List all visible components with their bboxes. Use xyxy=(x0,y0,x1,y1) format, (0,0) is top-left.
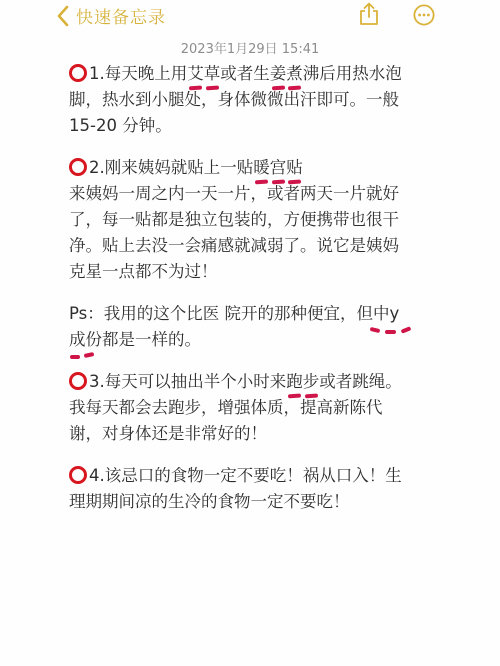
text-line: 来姨妈一周之内一天一片，或者两天一片就好 xyxy=(69,181,441,207)
highlight-mark: 姜 xyxy=(270,61,287,87)
text-line: 我每天都会去跑步，增强体质，提高新陈代 xyxy=(69,395,441,421)
red-circle-icon xyxy=(69,158,87,176)
highlight-mark: 煮 xyxy=(286,61,303,87)
note-body[interactable]: 1.每天晚上用艾草或者生姜煮沸后用热水泡 脚，热水到小腿处，身体微微出汗即可。一… xyxy=(69,61,441,531)
paragraph-3: 3.每天可以抽出半个小时来跑步或者跳绳。 我每天都会去跑步，增强体质，提高新陈代… xyxy=(69,369,441,447)
back-label: 快速备忘录 xyxy=(76,3,166,28)
highlight-dash xyxy=(84,352,95,358)
text-line: 了，每一贴都是独立包装的，方便携带也很干 xyxy=(69,207,441,233)
text-line: 1.每天晚上用艾草或者生姜煮沸后用热水泡 xyxy=(69,61,441,87)
red-circle-icon xyxy=(69,372,87,390)
chevron-left-icon xyxy=(56,5,70,27)
text-line: 脚，热水到小腿处，身体微微出汗即可。一般 xyxy=(69,87,441,113)
note-timestamp: 2023年1月29日 15:41 xyxy=(0,38,500,57)
highlight-mark: 宫 xyxy=(270,155,287,181)
highlight-mark: 草 xyxy=(204,61,221,87)
text-line: 3.每天可以抽出半个小时来跑步或者跳绳。 xyxy=(69,369,441,395)
text-line: 4.该忌口的食物一定不要吃！祸从口入！生 xyxy=(69,463,441,489)
text-line: 2.刚来姨妈就贴上一贴暖宫贴 xyxy=(69,155,441,181)
red-circle-icon xyxy=(69,64,87,82)
highlight-mark: 贴 xyxy=(286,155,303,181)
paragraph-1: 1.每天晚上用艾草或者生姜煮沸后用热水泡 脚，热水到小腿处，身体微微出汗即可。一… xyxy=(69,61,441,139)
paragraph-4: 4.该忌口的食物一定不要吃！祸从口入！生 理期期间凉的生冷的食物一定不要吃！ xyxy=(69,463,441,515)
highlight-dash xyxy=(70,355,80,359)
highlight-mark: 艾 xyxy=(187,61,204,87)
text-line: 理期期间凉的生冷的食物一定不要吃！ xyxy=(69,489,441,515)
text-line: 净。贴上去没一会痛感就减弱了。说它是姨妈 xyxy=(69,233,441,259)
share-icon[interactable] xyxy=(358,2,380,26)
highlight-mark: 暖 xyxy=(253,155,270,181)
nav-bar: 快速备忘录 xyxy=(0,0,500,32)
highlight-mark: 跑 xyxy=(286,369,303,395)
paragraph-ps: Ps：我用的这个比医 院开的那种便宜，但中y 成份都是一样的。 xyxy=(69,301,441,353)
text-line: 谢，对身体还是非常好的！ xyxy=(69,421,441,447)
text-line: Ps：我用的这个比医 院开的那种便宜，但中y xyxy=(69,301,441,327)
text-line: 15-20 分钟。 xyxy=(69,113,441,139)
red-circle-icon xyxy=(69,466,87,484)
text-line: 克星一点都不为过！ xyxy=(69,259,441,285)
back-button[interactable]: 快速备忘录 xyxy=(56,3,166,28)
highlight-mark: 步 xyxy=(303,369,320,395)
paragraph-2: 2.刚来姨妈就贴上一贴暖宫贴 来姨妈一周之内一天一片，或者两天一片就好 了，每一… xyxy=(69,155,441,285)
highlight-dash xyxy=(385,330,396,334)
more-ellipsis-icon[interactable] xyxy=(413,4,435,26)
